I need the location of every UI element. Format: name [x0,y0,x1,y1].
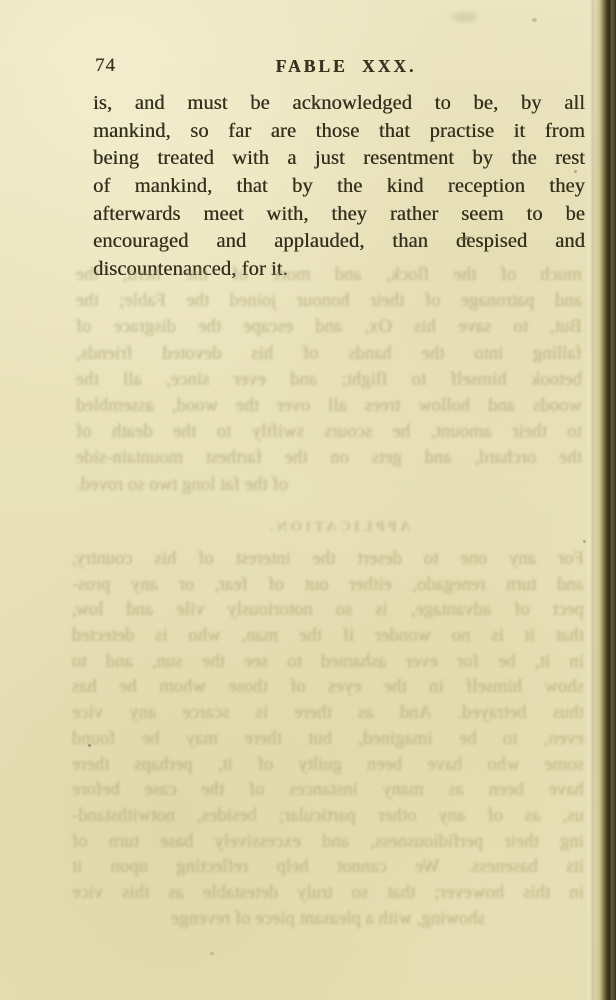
running-header: FABLE XXX. [93,56,585,77]
body-line: afterwards meet with, they rather seem t… [93,201,585,229]
bleedthrough-line: to their amount, he scours swiftly to th… [76,419,582,445]
bleedthrough-block-1: much of the flock, and more of the herd,… [76,262,582,498]
bleedthrough-line: and turn renegado, either out of fear, o… [72,573,584,599]
bleedthrough-line: in this however; that so truly detestabl… [72,881,584,907]
paper-speck [210,952,214,955]
body-line: of mankind, that by the kind reception t… [93,173,585,201]
paper-speck [574,170,577,173]
bleedthrough-line: But, to save his Ox, and escape the disg… [76,314,582,340]
body-line: encouraged and applauded, than despised … [93,228,585,256]
bleedthrough-line: its baseness. We cannot help reflecting … [72,855,584,881]
bleedthrough-line: in it, be for ever ashamed to see the su… [72,650,584,676]
bleedthrough-line: us, as of any other particular; besides,… [72,804,584,830]
bleedthrough-line: some who have been guilty of it, perhaps… [72,753,584,779]
bleedthrough-line: ing their perfidiousness, and excessivel… [72,830,584,856]
body-line: being treated with a just resentment by … [93,145,585,173]
page-edge [586,0,616,1000]
paper-speck [452,12,478,22]
bleedthrough-line: that it is no wonder if the man, who is … [72,624,584,650]
bleedthrough-line: much of the flock, and more of the herd,… [76,262,582,288]
bleedthrough-line: betook himself to flight; and ever since… [76,367,582,393]
bleedthrough-block-2: For any one to desert the interest of hi… [72,547,584,932]
page-header-row: 74 FABLE XXX. [93,55,585,81]
body-line: is, and must be acknowledged to be, by a… [93,90,585,118]
book-page-scan: 74 FABLE XXX. is, and must be acknowledg… [0,0,616,1000]
bleedthrough-line: pect of advantage, is so notoriously vil… [72,598,584,624]
bleedthrough-line: falling into the hands of his devoted fr… [76,341,582,367]
bleedthrough-line: thus betrayed. And as there is scarce an… [72,701,584,727]
bleedthrough-line: of the fat long two so roved. [76,472,582,498]
bleedthrough-line: woods and hollow trees all over the wood… [76,393,582,419]
paper-speck [532,18,537,22]
paper-speck [88,744,91,747]
bleedthrough-line: the orchard, and gets on the farthest mo… [76,445,582,471]
body-paragraph: is, and must be acknowledged to be, by a… [93,90,585,284]
body-line: mankind, so far are those that practise … [93,118,585,146]
bleedthrough-line: show himself in the eyes of those whom h… [72,675,584,701]
bleedthrough-line: have been as many instances of the case … [72,778,584,804]
bleedthrough-line: even, to be imagined, but there may be f… [72,727,584,753]
bleedthrough-line: and patronage of their honour joined the… [76,288,582,314]
bleedthrough-heading: APPLICATION. [93,519,585,536]
bleedthrough-line: showing, with a pleasant piece of reveng… [72,907,584,933]
bleedthrough-line: For any one to desert the interest of hi… [72,547,584,573]
